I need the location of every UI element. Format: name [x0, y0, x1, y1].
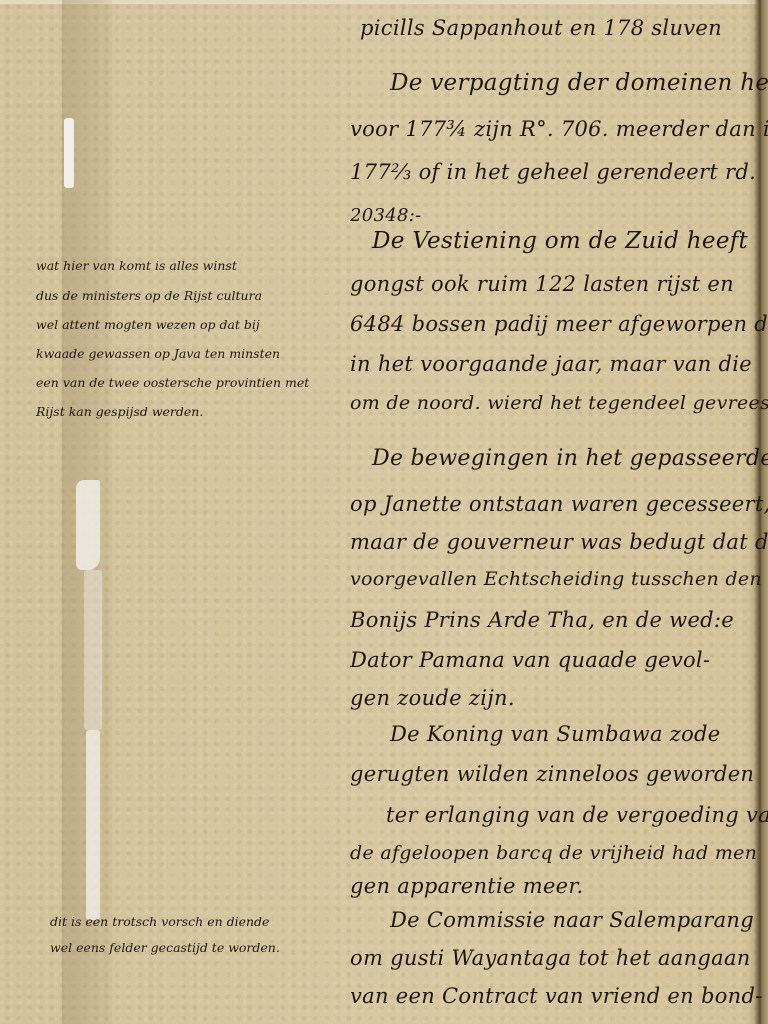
text-line: 6484 bossen padij meer afgeworpen dan: [350, 312, 768, 336]
note-line: dit is een trotsch vorsch en diende: [50, 914, 269, 929]
text-line: in het voorgaande jaar, maar van die: [350, 352, 752, 376]
text-line: De Koning van Sumbawa zode: [390, 722, 721, 746]
text-line: Dator Pamana van quaade gevol-: [350, 648, 710, 672]
text-line: gen zoude zijn.: [350, 686, 515, 710]
text-line: Bonijs Prins Arde Tha, en de wed:e: [350, 608, 734, 632]
paper-tear: [86, 730, 100, 920]
page-top-edge: [0, 0, 768, 4]
paper-tear: [76, 480, 100, 570]
text-line: de afgeloopen barcq de vrijheid had men: [350, 842, 757, 864]
text-line: ter erlanging van de vergoeding van: [386, 803, 768, 827]
paper-tear: [64, 118, 74, 188]
text-line: gerugten wilden zinneloos geworden: [350, 762, 754, 786]
text-line: De Vestiening om de Zuid heeft: [372, 228, 748, 254]
text-line: De Commissie naar Salemparang: [390, 908, 754, 932]
text-line: voor 177¾ zijn R°. 706. meerder dan in: [350, 117, 768, 141]
note-line: kwaade gewassen op Java ten minsten: [36, 346, 280, 361]
paper-tear: [84, 570, 102, 730]
text-line: gen apparentie meer.: [350, 874, 583, 898]
note-line: Rijst kan gespijsd werden.: [36, 404, 203, 419]
text-line: 177⅔ of in het geheel gerendeert rd.: [350, 160, 756, 184]
note-line: dus de ministers op de Rijst cultura: [36, 288, 262, 303]
note-line: wel attent mogten wezen op dat bij: [36, 317, 260, 332]
text-line: van een Contract van vriend en bond-: [350, 984, 763, 1008]
text-line: 20348:-: [350, 205, 422, 226]
note-line: wel eens felder gecastijd te worden.: [50, 940, 280, 955]
text-line: De bewegingen in het gepasseerde jaar: [372, 446, 768, 471]
note-line: wat hier van komt is alles winst: [36, 258, 237, 273]
note-line: een van de twee oostersche provintien me…: [36, 375, 309, 390]
text-line: De verpagting der domeinen heef: [390, 70, 768, 96]
text-line: voorgevallen Echtscheiding tusschen den: [350, 568, 762, 590]
text-line: op Janette ontstaan waren gecesseert,: [350, 492, 768, 516]
text-line: maar de gouverneur was bedugt dat de: [350, 530, 768, 554]
text-line: om gusti Wayantaga tot het aangaan: [350, 946, 751, 970]
text-line: om de noord. wierd het tegendeel gevrees…: [350, 392, 768, 414]
text-line: gongst ook ruim 122 lasten rijst en: [350, 272, 734, 296]
text-line: picills Sappanhout en 178 sluven: [360, 16, 722, 40]
